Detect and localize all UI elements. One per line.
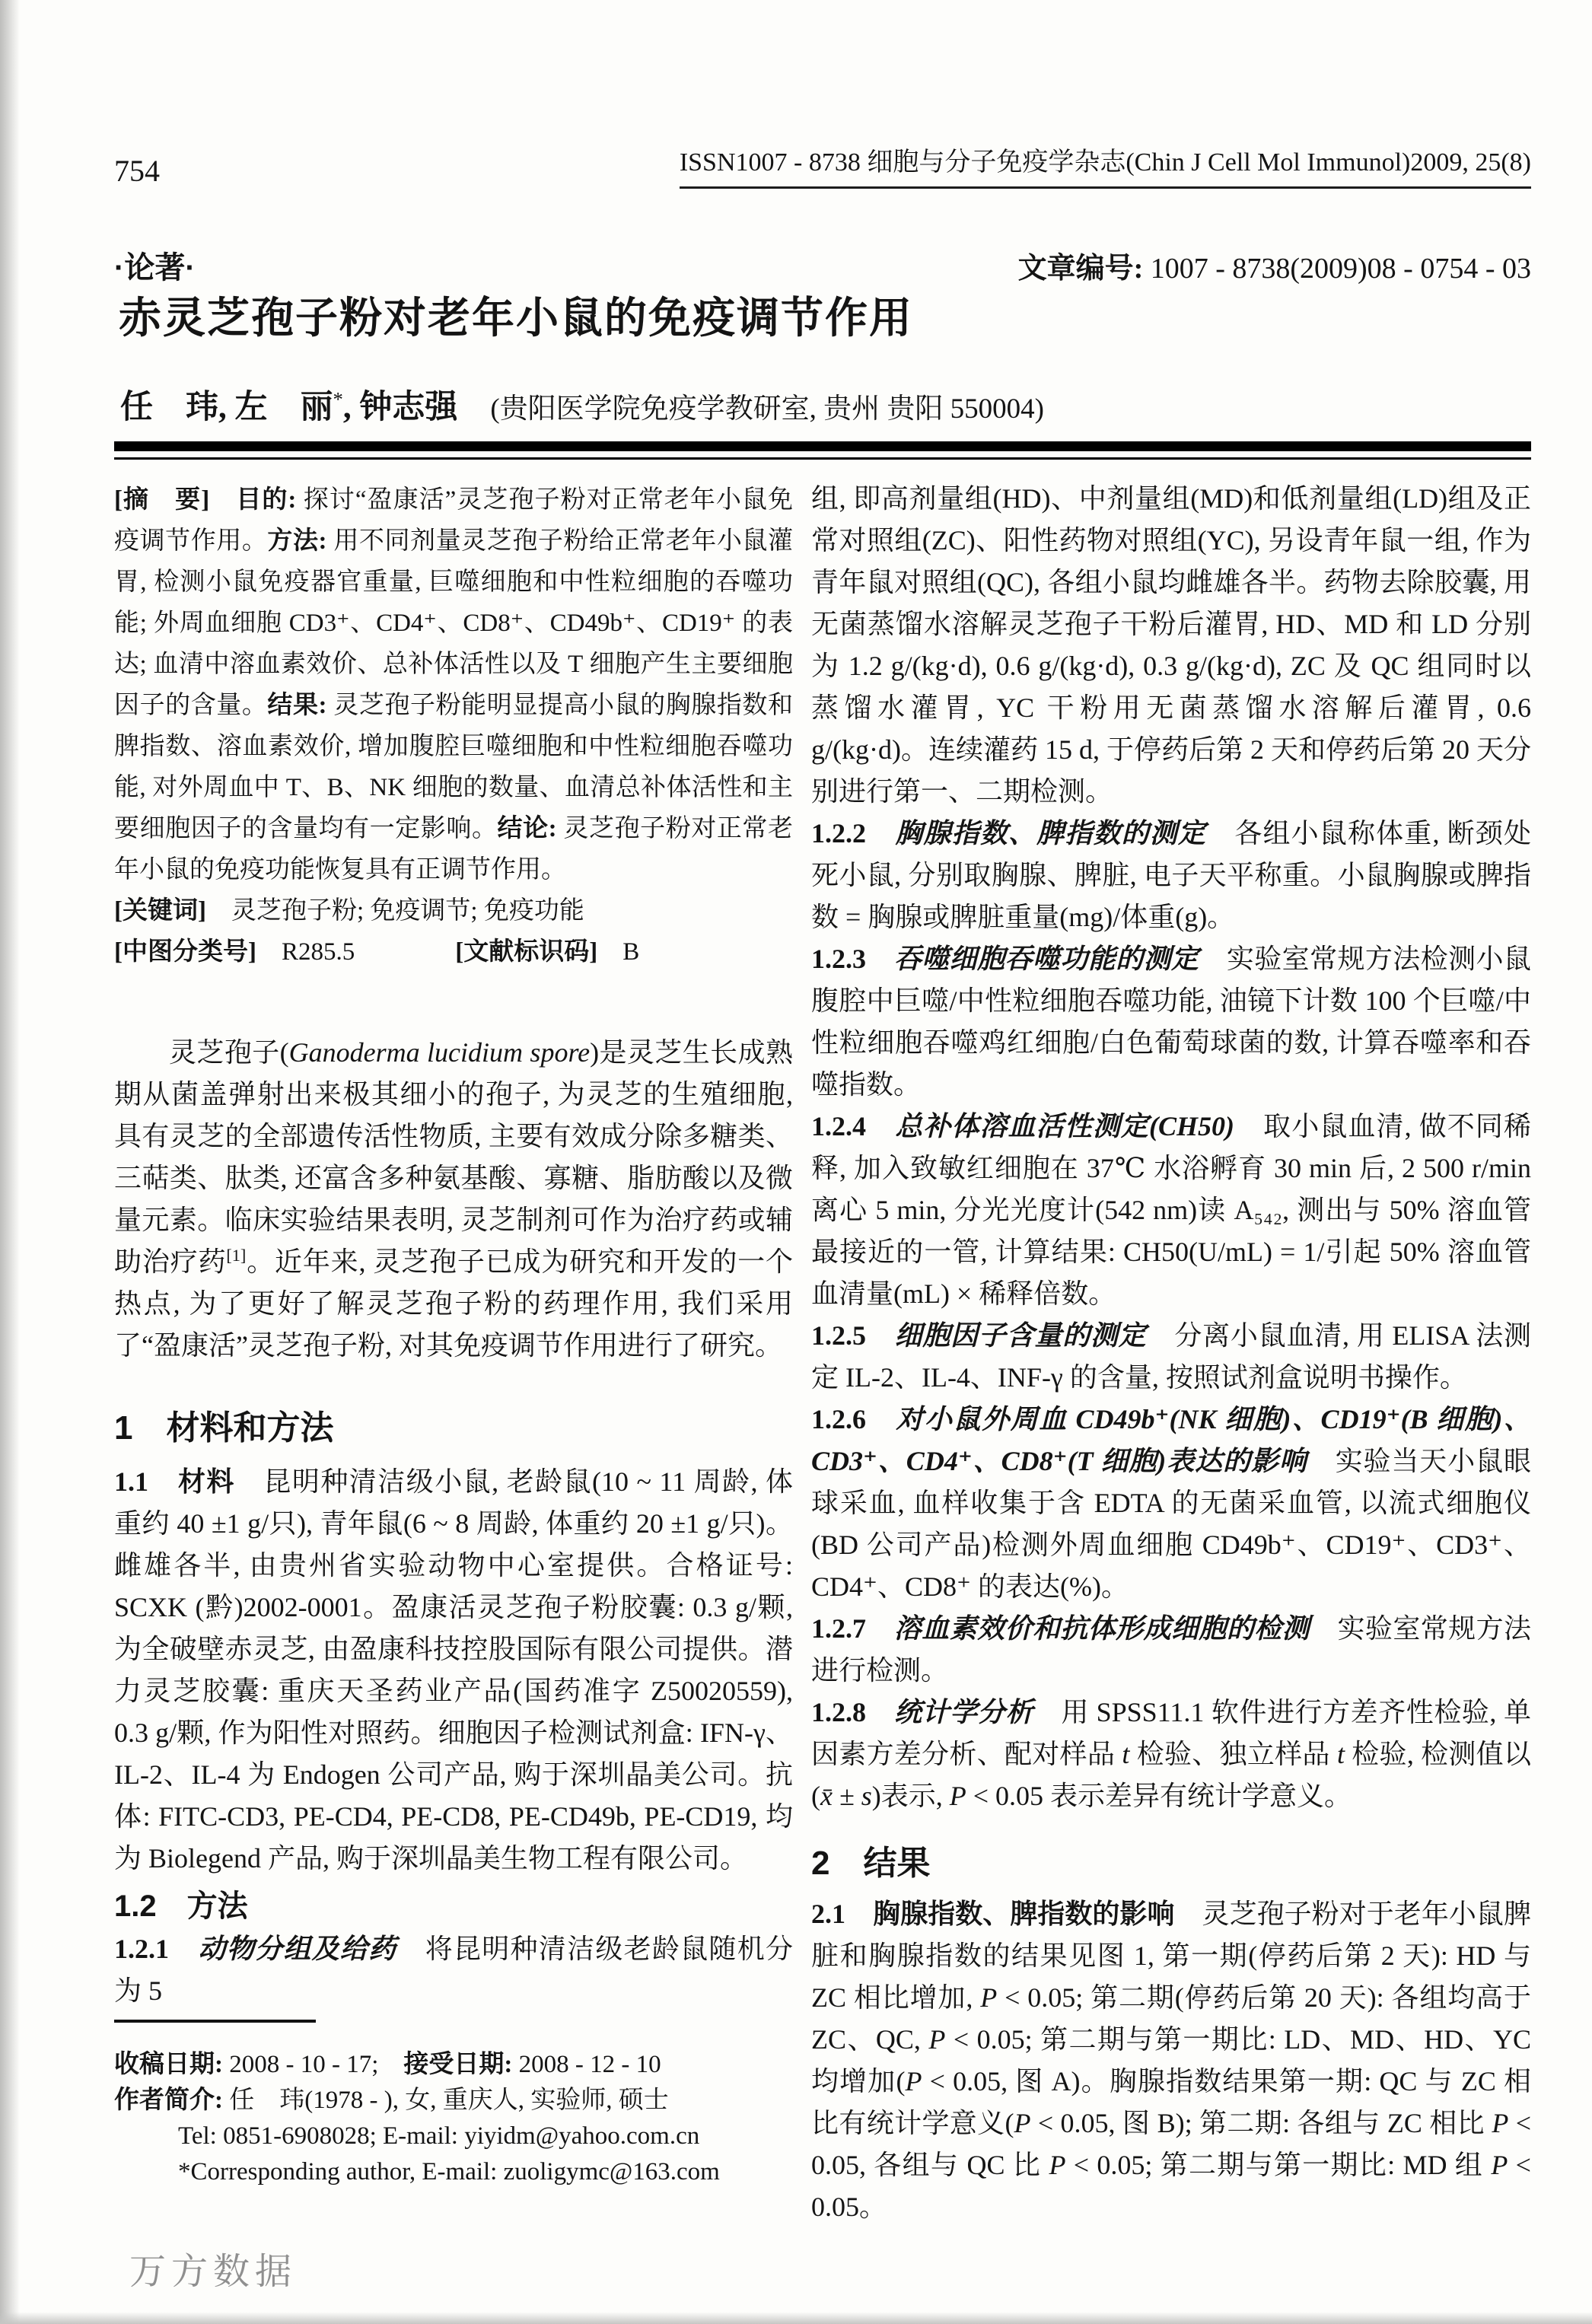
section-1-2-7-paragraph: 1.2.7 溶血素效价和抗体形成细胞的检测 实验室常规方法进行检测。 bbox=[811, 1608, 1531, 1692]
footnote-author-bio: 作者简介: 任 玮(1978 - ), 女, 重庆人, 实验师, 硕士 bbox=[114, 2083, 793, 2119]
keywords-line: [关键词] 灵芝孢子粉; 免疫调节; 免疫功能 bbox=[114, 890, 793, 931]
footnote-divider bbox=[114, 2020, 316, 2023]
section-1-2-2-paragraph: 1.2.2 胸腺指数、脾指数的测定 各组小鼠称体重, 断颈处死小鼠, 分别取胸腺… bbox=[811, 813, 1531, 938]
introduction-paragraph: 灵芝孢子(Ganoderma lucidium spore)是灵芝生长成熟期从菌… bbox=[114, 1032, 793, 1367]
page-header: 754 ISSN1007 - 8738 细胞与分子免疫学杂志(Chin J Ce… bbox=[114, 146, 1531, 189]
footnote-corresponding-author: *Corresponding author, E-mail: zuoligymc… bbox=[114, 2154, 793, 2190]
header-rule-thin bbox=[114, 457, 1531, 460]
scan-edge-shadow-left bbox=[0, 0, 20, 2324]
article-number: 文章编号: 1007 - 8738(2009)08 - 0754 - 03 bbox=[1018, 244, 1531, 286]
section-1-2-3-paragraph: 1.2.3 吞噬细胞吞噬功能的测定 实验室常规方法检测小鼠腹腔中巨噬/中性粒细胞… bbox=[811, 938, 1531, 1106]
clc-code-line: [中图分类号] R285.5 [文献标识码] B bbox=[114, 931, 793, 973]
journal-title-line: ISSN1007 - 8738 细胞与分子免疫学杂志(Chin J Cell M… bbox=[680, 146, 1531, 189]
section-1-2-4-paragraph: 1.2.4 总补体溶血活性测定(CH50) 取小鼠血清, 做不同稀释, 加入致敏… bbox=[811, 1106, 1531, 1315]
section-1-1-paragraph: 1.1 材料 昆明种清洁级小鼠, 老龄鼠(10 ~ 11 周龄, 体重约 40 … bbox=[114, 1461, 793, 1880]
journal-page-scan: 754 ISSN1007 - 8738 细胞与分子免疫学杂志(Chin J Ce… bbox=[0, 0, 1592, 2324]
scan-edge-shadow-bottom bbox=[0, 2312, 1592, 2324]
section-1-heading: 1 材料和方法 bbox=[114, 1405, 793, 1452]
section-1-2-8-paragraph: 1.2.8 统计学分析 用 SPSS11.1 软件进行方差齐性检验, 单因素方差… bbox=[811, 1692, 1531, 1817]
footnote-received-date: 收稿日期: 2008 - 10 - 17; 接受日期: 2008 - 12 - … bbox=[114, 2047, 793, 2083]
footnote-tel-email: Tel: 0851-6908028; E-mail: yiyidm@yahoo.… bbox=[114, 2119, 793, 2154]
page-number: 754 bbox=[114, 154, 160, 189]
article-type-label: ·论著· bbox=[114, 244, 196, 287]
section-1-2-5-paragraph: 1.2.5 细胞因子含量的测定 分离小鼠血清, 用 ELISA 法测定 IL-2… bbox=[811, 1315, 1531, 1399]
section-1-2-1-paragraph: 1.2.1 动物分组及给药 将昆明种清洁级老龄鼠随机分为 5 bbox=[114, 1928, 793, 2012]
section-2-1-paragraph: 2.1 胸腺指数、脾指数的影响 灵芝孢子粉对于老年小鼠脾脏和胸腺指数的结果见图 … bbox=[811, 1893, 1531, 2228]
right-column: 组, 即高剂量组(HD)、中剂量组(MD)和低剂量组(LD)组及正常对照组(ZC… bbox=[811, 478, 1531, 2228]
section-2-heading: 2 结果 bbox=[811, 1840, 1531, 1887]
header-rule-thick bbox=[114, 441, 1531, 451]
grouping-dosing-continued-paragraph: 组, 即高剂量组(HD)、中剂量组(MD)和低剂量组(LD)组及正常对照组(ZC… bbox=[811, 478, 1531, 813]
article-title: 赤灵芝孢子粉对老年小鼠的免疫调节作用 bbox=[119, 291, 913, 345]
left-column: [摘 要] 目的: 探讨“盈康活”灵芝孢子粉对正常老年小鼠免疫调节作用。方法: … bbox=[114, 479, 793, 2190]
author-byline: 任 玮, 左 丽*, 钟志强 (贵阳医学院免疫学教研室, 贵州 贵阳 55000… bbox=[120, 387, 1044, 431]
article-meta-row: ·论著· 文章编号: 1007 - 8738(2009)08 - 0754 - … bbox=[114, 244, 1531, 287]
section-1-2-6-paragraph: 1.2.6 对小鼠外周血 CD49b⁺(NK 细胞)、CD19⁺(B 细胞)、C… bbox=[811, 1399, 1531, 1608]
section-1-2-heading: 1.2 方法 bbox=[114, 1884, 793, 1928]
wanfang-data-watermark: 万方数据 bbox=[129, 2242, 297, 2294]
abstract-paragraph: [摘 要] 目的: 探讨“盈康活”灵芝孢子粉对正常老年小鼠免疫调节作用。方法: … bbox=[114, 479, 793, 890]
footnote-block: 收稿日期: 2008 - 10 - 17; 接受日期: 2008 - 12 - … bbox=[114, 2047, 793, 2190]
